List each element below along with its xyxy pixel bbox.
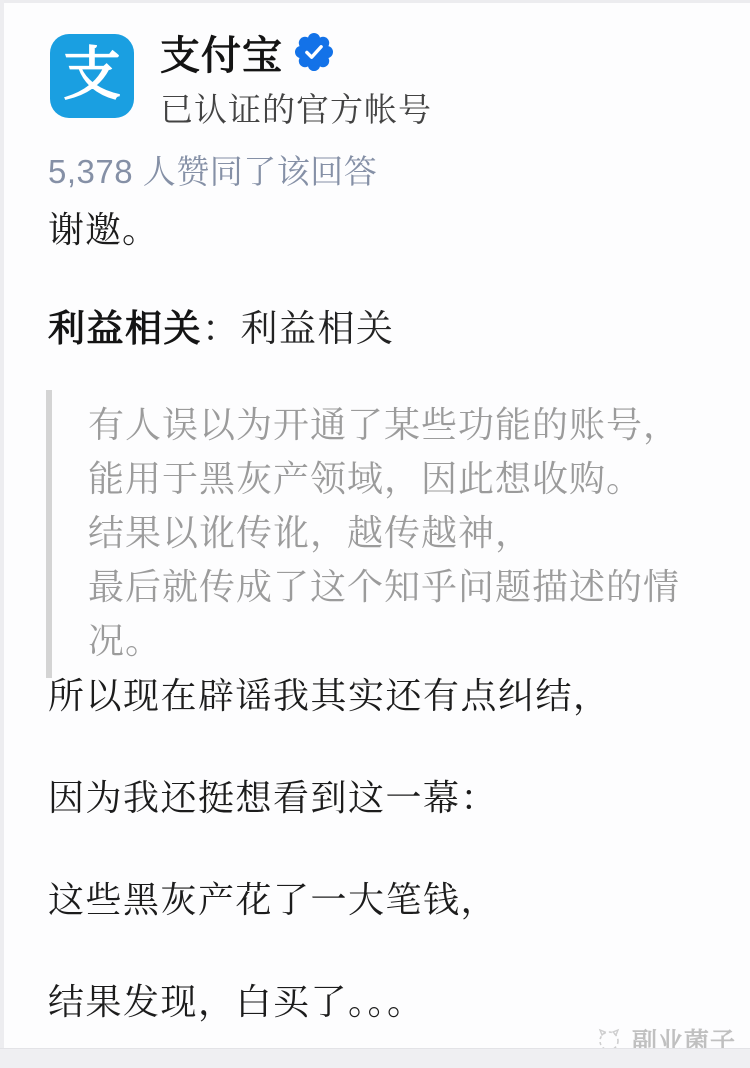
quote-line: 能用于黑灰产领域，因此想收购。 xyxy=(88,452,748,506)
greeting-paragraph: 谢邀。 xyxy=(48,202,159,253)
answer-post-page: 支 支付宝 已认证的官方帐号 5,378 人赞同了该回答 谢邀。 利益相关：利益… xyxy=(0,0,750,1068)
body-paragraph: 因为我还挺想看到这一幕： xyxy=(48,770,498,821)
next-image-top-strip xyxy=(0,1048,750,1068)
alipay-logo[interactable]: 支 xyxy=(50,34,134,118)
top-edge-divider xyxy=(0,0,750,3)
account-subtitle: 已认证的官方帐号 xyxy=(160,84,432,131)
blockquote: 有人误以为开通了某些功能的账号， 能用于黑灰产领域，因此想收购。 结果以讹传讹，… xyxy=(46,390,748,678)
quote-line: 最后就传成了这个知乎问题描述的情况。 xyxy=(88,560,748,668)
body-paragraph: 所以现在辟谣我其实还有点纠结， xyxy=(48,668,611,719)
left-edge-divider xyxy=(0,0,4,1068)
disclosure-line: 利益相关：利益相关 xyxy=(48,298,395,352)
quote-line: 结果以讹传讹，越传越神， xyxy=(88,506,748,560)
disclosure-bold-text: 利益相关 xyxy=(48,308,202,349)
quote-line: 有人误以为开通了某些功能的账号， xyxy=(88,398,748,452)
body-paragraph: 这些黑灰产花了一大笔钱， xyxy=(48,872,498,923)
alipay-logo-glyph: 支 xyxy=(63,46,121,104)
vote-count-text: 5,378 人赞同了该回答 xyxy=(48,146,377,193)
body-paragraph: 结果发现，白买了。。。 xyxy=(48,974,425,1025)
account-name-row: 支付宝 xyxy=(160,28,333,76)
disclosure-rest-text: ：利益相关 xyxy=(202,308,395,349)
account-name[interactable]: 支付宝 xyxy=(160,24,283,81)
verified-badge-icon xyxy=(295,33,333,71)
